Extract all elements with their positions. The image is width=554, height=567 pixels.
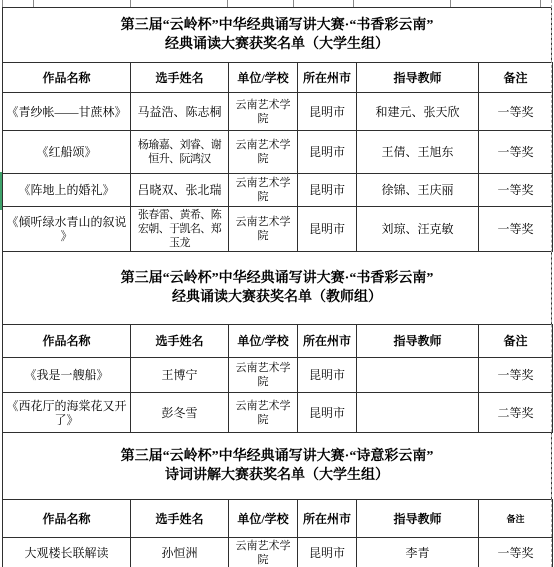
cell-city[interactable]: 昆明市 bbox=[298, 538, 357, 567]
cell-advisor[interactable]: 徐锦、王庆丽 bbox=[357, 174, 479, 207]
section3-title-line1: 第三届“云岭杯”中华经典诵写讲大赛·“诗意彩云南” bbox=[121, 447, 434, 466]
grid-remnant-tick bbox=[130, 0, 131, 7]
spreadsheet-canvas: 第三届“云岭杯”中华经典诵写讲大赛·“书香彩云南” 经典诵读大赛获奖名单（大学生… bbox=[0, 0, 554, 567]
header-remark[interactable]: 备注 bbox=[479, 500, 553, 538]
header-advisor[interactable]: 指导教师 bbox=[357, 500, 479, 538]
table-row: 《我是一艘船》 王博宁 云南艺术学院 昆明市 一等奖 bbox=[3, 358, 553, 393]
header-contestant[interactable]: 选手姓名 bbox=[131, 63, 229, 93]
header-city[interactable]: 所在州市 bbox=[298, 63, 357, 93]
award-tables: 第三届“云岭杯”中华经典诵写讲大赛·“书香彩云南” 经典诵读大赛获奖名单（大学生… bbox=[2, 7, 552, 567]
table-row: 《青纱帐——甘蔗林》 马益浩、陈志桐 云南艺术学院 昆明市 和建元、张天欣 一等… bbox=[3, 93, 553, 131]
grid-remnant-tick bbox=[227, 0, 228, 7]
cell-work-title[interactable]: 《青纱帐——甘蔗林》 bbox=[3, 93, 131, 131]
header-contestant[interactable]: 选手姓名 bbox=[131, 325, 229, 358]
cell-city[interactable]: 昆明市 bbox=[298, 174, 357, 207]
table-row: 《阵地上的婚礼》 吕晓双、张北瑞 云南艺术学院 昆明市 徐锦、王庆丽 一等奖 bbox=[3, 174, 553, 207]
grid-remnant-tick bbox=[293, 0, 294, 7]
cell-work-title[interactable]: 《倾听绿水青山的叙说》 bbox=[3, 207, 131, 252]
header-remark[interactable]: 备注 bbox=[479, 325, 553, 358]
cell-advisor[interactable] bbox=[357, 393, 479, 433]
cell-contestant[interactable]: 吕晓双、张北瑞 bbox=[131, 174, 229, 207]
cell-work-title[interactable]: 《我是一艘船》 bbox=[3, 358, 131, 393]
cell-city[interactable]: 昆明市 bbox=[298, 207, 357, 252]
cell-city[interactable]: 昆明市 bbox=[298, 393, 357, 433]
cell-advisor[interactable]: 和建元、张天欣 bbox=[357, 93, 479, 131]
header-advisor[interactable]: 指导教师 bbox=[357, 325, 479, 358]
cell-award[interactable]: 一等奖 bbox=[479, 174, 553, 207]
section3-title-line2: 诗词讲解大赛获奖名单（大学生组） bbox=[165, 466, 389, 485]
cell-advisor[interactable]: 王倩、王旭东 bbox=[357, 131, 479, 174]
cell-advisor[interactable]: 刘琼、汪克敏 bbox=[357, 207, 479, 252]
grid-remnant-tick bbox=[33, 0, 34, 7]
cell-city[interactable]: 昆明市 bbox=[298, 93, 357, 131]
cell-work-title[interactable]: 《红船颂》 bbox=[3, 131, 131, 174]
cell-award[interactable]: 一等奖 bbox=[479, 538, 553, 567]
header-school[interactable]: 单位/学校 bbox=[229, 63, 298, 93]
table-row: 《红船颂》 杨瑜嘉、刘睿、谢恒升、阮鸿汉 云南艺术学院 昆明市 王倩、王旭东 一… bbox=[3, 131, 553, 174]
section1-title-line1: 第三届“云岭杯”中华经典诵写讲大赛·“书香彩云南” bbox=[121, 16, 434, 35]
cell-school[interactable]: 云南艺术学院 bbox=[229, 358, 298, 393]
table-row: 《倾听绿水青山的叙说》 张春雷、黄希、陈宏朝、于凯名、郑玉龙 云南艺术学院 昆明… bbox=[3, 207, 553, 252]
header-school[interactable]: 单位/学校 bbox=[229, 500, 298, 538]
header-city[interactable]: 所在州市 bbox=[298, 325, 357, 358]
cell-advisor[interactable] bbox=[357, 358, 479, 393]
table-row: 大观楼长联解读 孙恒洲 云南艺术学院 昆明市 李青 一等奖 bbox=[3, 538, 553, 567]
cell-contestant[interactable]: 张春雷、黄希、陈宏朝、于凯名、郑玉龙 bbox=[131, 207, 229, 252]
section3-header-row: 作品名称 选手姓名 单位/学校 所在州市 指导教师 备注 bbox=[3, 500, 553, 538]
cell-advisor[interactable]: 李青 bbox=[357, 538, 479, 567]
cell-work-title[interactable]: 大观楼长联解读 bbox=[3, 538, 131, 567]
grid-remnant-tick bbox=[540, 0, 541, 7]
header-work-title[interactable]: 作品名称 bbox=[3, 325, 131, 358]
section3-title-cell[interactable]: 第三届“云岭杯”中华经典诵写讲大赛·“诗意彩云南” 诗词讲解大赛获奖名单（大学生… bbox=[2, 432, 552, 500]
section2-title-cell[interactable]: 第三届“云岭杯”中华经典诵写讲大赛·“书香彩云南” 经典诵读大赛获奖名单（教师组… bbox=[2, 251, 552, 325]
cell-school[interactable]: 云南艺术学院 bbox=[229, 93, 298, 131]
cell-school[interactable]: 云南艺术学院 bbox=[229, 538, 298, 567]
cell-school[interactable]: 云南艺术学院 bbox=[229, 174, 298, 207]
cell-selection-border bbox=[0, 172, 2, 210]
cell-school[interactable]: 云南艺术学院 bbox=[229, 131, 298, 174]
cell-award[interactable]: 二等奖 bbox=[479, 393, 553, 433]
table-row: 《西花厅的海棠花又开了》 彭冬雪 云南艺术学院 昆明市 二等奖 bbox=[3, 393, 553, 433]
cell-school[interactable]: 云南艺术学院 bbox=[229, 393, 298, 433]
cell-contestant[interactable]: 王博宁 bbox=[131, 358, 229, 393]
header-contestant[interactable]: 选手姓名 bbox=[131, 500, 229, 538]
grid-remnant-tick bbox=[2, 0, 3, 7]
cell-award[interactable]: 一等奖 bbox=[479, 358, 553, 393]
cell-award[interactable]: 一等奖 bbox=[479, 131, 553, 174]
section1-title-cell[interactable]: 第三届“云岭杯”中华经典诵写讲大赛·“书香彩云南” 经典诵读大赛获奖名单（大学生… bbox=[2, 7, 552, 63]
cell-award[interactable]: 一等奖 bbox=[479, 93, 553, 131]
cell-work-title[interactable]: 《西花厅的海棠花又开了》 bbox=[3, 393, 131, 433]
section2-table: 作品名称 选手姓名 单位/学校 所在州市 指导教师 备注 《我是一艘船》 王博宁… bbox=[2, 324, 553, 433]
section1-table: 作品名称 选手姓名 单位/学校 所在州市 指导教师 备注 《青纱帐——甘蔗林》 … bbox=[2, 62, 553, 252]
cell-city[interactable]: 昆明市 bbox=[298, 131, 357, 174]
cell-school[interactable]: 云南艺术学院 bbox=[229, 207, 298, 252]
grid-remnant-tick bbox=[450, 0, 451, 7]
cell-city[interactable]: 昆明市 bbox=[298, 358, 357, 393]
cell-award[interactable]: 一等奖 bbox=[479, 207, 553, 252]
cell-contestant[interactable]: 彭冬雪 bbox=[131, 393, 229, 433]
section2-title-line2: 经典诵读大赛获奖名单（教师组） bbox=[172, 288, 382, 307]
section1-title-line2: 经典诵读大赛获奖名单（大学生组） bbox=[165, 35, 389, 54]
header-work-title[interactable]: 作品名称 bbox=[3, 500, 131, 538]
grid-remnant-tick bbox=[353, 0, 354, 7]
cell-contestant[interactable]: 杨瑜嘉、刘睿、谢恒升、阮鸿汉 bbox=[131, 131, 229, 174]
section2-header-row: 作品名称 选手姓名 单位/学校 所在州市 指导教师 备注 bbox=[3, 325, 553, 358]
section1-header-row: 作品名称 选手姓名 单位/学校 所在州市 指导教师 备注 bbox=[3, 63, 553, 93]
header-work-title[interactable]: 作品名称 bbox=[3, 63, 131, 93]
header-remark[interactable]: 备注 bbox=[479, 63, 553, 93]
cropped-row-remnant bbox=[2, 0, 552, 7]
cell-work-title-selected[interactable]: 《阵地上的婚礼》 bbox=[3, 174, 131, 207]
page-break-dashed-line bbox=[551, 0, 552, 567]
cell-contestant[interactable]: 马益浩、陈志桐 bbox=[131, 93, 229, 131]
header-advisor[interactable]: 指导教师 bbox=[357, 63, 479, 93]
section3-table: 作品名称 选手姓名 单位/学校 所在州市 指导教师 备注 大观楼长联解读 孙恒洲… bbox=[2, 499, 553, 567]
header-school[interactable]: 单位/学校 bbox=[229, 325, 298, 358]
section2-title-line1: 第三届“云岭杯”中华经典诵写讲大赛·“书香彩云南” bbox=[121, 269, 434, 288]
header-city[interactable]: 所在州市 bbox=[298, 500, 357, 538]
cell-contestant[interactable]: 孙恒洲 bbox=[131, 538, 229, 567]
